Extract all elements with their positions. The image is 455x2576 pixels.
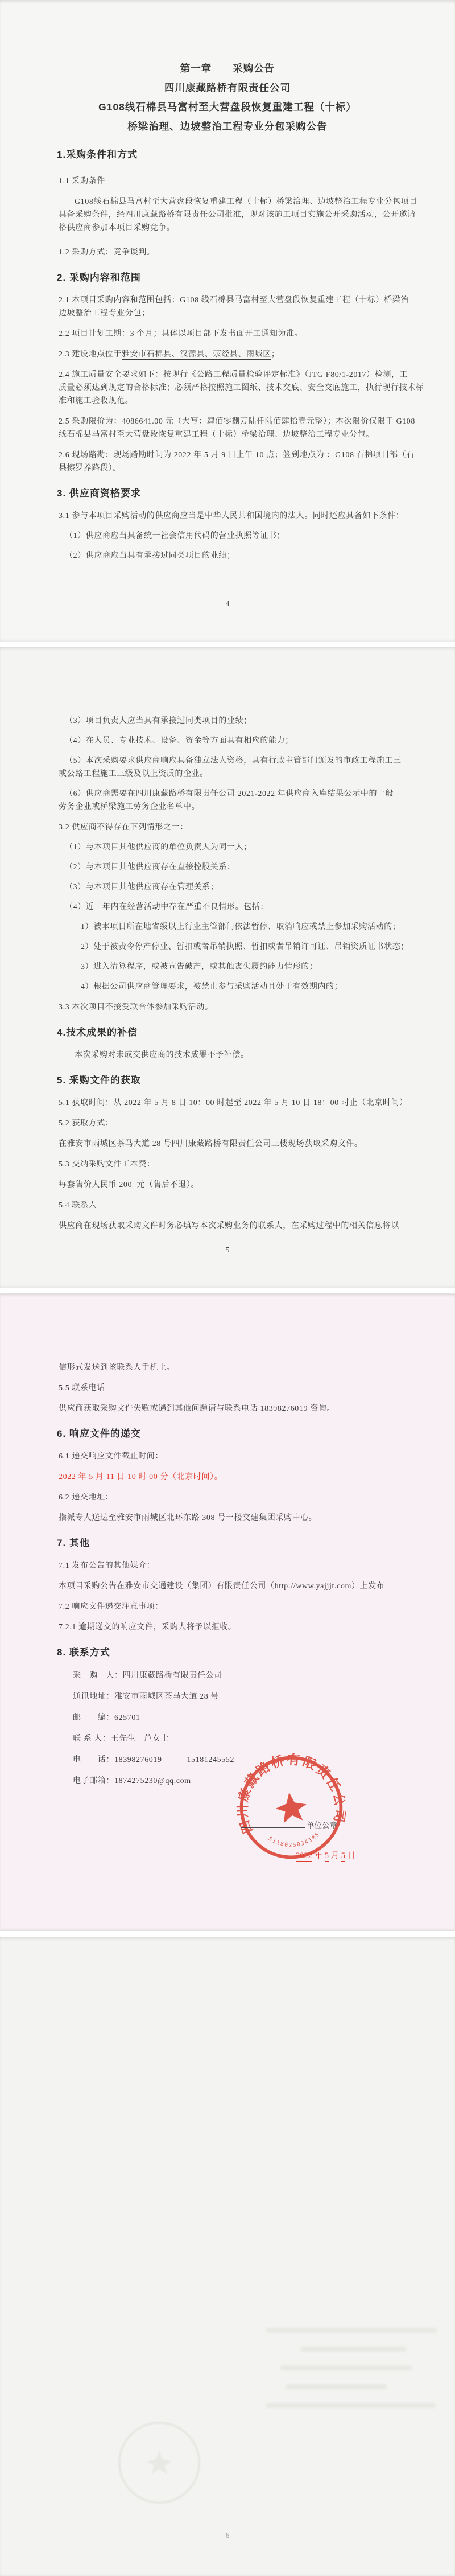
text-line: 每套售价人民币 200 元（售后不退）。	[0, 1178, 455, 1192]
text-line: （4）近三年内在经营活动中存在严重不良情形。包括：	[0, 901, 455, 914]
text-line: 4）根据公司供应商管理要求，被禁止参与采购活动且处于有效期内的；	[0, 980, 455, 993]
text-line: 质量必须达到规定的合格标准；必须严格按照施工图纸、技术交底、安全交底施工，执行现…	[0, 381, 455, 395]
text-line: 1）被本项目所在地省级以上行业主管部门依法暂停、取消响应或禁止参加采购活动的；	[0, 921, 455, 934]
text-line: 县擦罗养路段）。	[0, 462, 455, 475]
text-line: 采 购 人：四川康藏路桥有限责任公司	[0, 1669, 455, 1682]
text-line: 2）处于被责令停产停业、暂扣或者吊销执照、暂扣或者吊销许可证、吊销资质证书状态；	[0, 940, 455, 954]
text-line: 2.5 采购限价为：4086641.00 元（大写：肆佰零捌万陆仟陆佰肆拾壹元整…	[0, 415, 455, 428]
bleed-through-text-artifact	[266, 2328, 449, 2422]
text-line: （3）项目负责人应当具有承接过同类项目的业绩；	[0, 714, 455, 728]
seal-caption: 单位公章	[241, 1819, 337, 1830]
text-line: 供应商获取采购文件失败或遇到其他问题请与联系电话 18398276019 咨询。	[0, 1402, 455, 1415]
announcement-date: 2022 年 5 月 5 日	[296, 1849, 355, 1861]
text-line: G108线石棉县马富村至大营盘段恢复重建工程（十标）桥梁治理、边坡整治工程专业分…	[0, 195, 455, 208]
page-2: （3）项目负责人应当具有承接过同类项目的业绩；（4）在人员、专业技术、设备、资金…	[0, 647, 455, 1288]
text-line: 5.5 联系电话	[0, 1382, 455, 1395]
text-line: 桥梁治理、边坡整治工程专业分包采购公告	[0, 117, 455, 136]
text-line: 劳务企业或桥梁施工劳务企业名单中。	[0, 800, 455, 814]
text-line: 准和施工验收规范。	[0, 395, 455, 408]
text-line: （2）供应商应当具有承接过同类项目的业绩；	[0, 549, 455, 562]
text-line: 1.2 采购方式：竞争谈判。	[0, 246, 455, 259]
text-line: 5.4 联系人	[0, 1199, 455, 1212]
text-line: 信形式发送到该联系人手机上。	[0, 1361, 455, 1374]
page-number: 6	[0, 2531, 455, 2540]
text-line: 四川康藏路桥有限责任公司	[0, 78, 455, 97]
page-3-content: 信形式发送到该联系人手机上。5.5 联系电话供应商获取采购文件失败或遇到其他问题…	[0, 1361, 455, 1788]
text-line: （2）与本项目其他供应商存在直接控股关系；	[0, 861, 455, 874]
text-line: 在雅安市雨城区茶马大道 28 号四川康藏路桥有限责任公司三楼现场获取采购文件。	[0, 1137, 455, 1151]
text-line: 7.2.1 逾期递交的响应文件，采购人将予以拒收。	[0, 1621, 455, 1634]
page-3: 信形式发送到该联系人手机上。5.5 联系电话供应商获取采购文件失败或遇到其他问题…	[0, 1293, 455, 1931]
text-line: 线石棉县马富村至大营盘段恢复重建工程（十标）桥梁治理、边坡整治工程专业分包。	[0, 428, 455, 441]
text-line: 本项目采购公告在雅安市交通建设（集团）有限责任公司（http://www.yaj…	[0, 1580, 455, 1593]
text-line: （5）本次采购要求供应商响应具备独立法人资格，具有行政主管部门颁发的市政工程施工…	[0, 754, 455, 767]
text-line: 5. 采购文件的获取	[0, 1072, 455, 1089]
text-line: 2.2 项目计划工期：3 个月；具体以项目部下发书面开工通知为准。	[0, 327, 455, 340]
bleed-through-seal-artifact	[114, 2418, 205, 2507]
text-line: 具备采购条件，经四川康藏路桥有限责任公司批准，现对该施工项目实施公开采购活动，公…	[0, 208, 455, 221]
text-line: 2.1 本项目采购内容和范围包括：G108 线石棉县马富村至大营盘段恢复重建工程…	[0, 294, 455, 307]
text-line: 边坡整治工程专业分包；	[0, 307, 455, 320]
text-line: （1）供应商应当具备统一社会信用代码的营业执照等证书；	[0, 529, 455, 543]
text-line: 邮 编：625701	[0, 1711, 455, 1724]
text-line: 电 话：18398276019 15181245552	[0, 1753, 455, 1766]
text-line: 联 系 人：王先生 芦女士	[0, 1732, 455, 1745]
page-number: 4	[0, 599, 455, 609]
text-line: 通讯地址：雅安市雨城区茶马大道 28 号	[0, 1690, 455, 1703]
text-line: 或公路工程施工三级及以上资质的企业。	[0, 767, 455, 780]
text-line: 8. 联系方式	[0, 1644, 455, 1661]
text-line: 第一章 采购公告	[0, 59, 455, 78]
text-line: 7.2 响应文件递交注意事项：	[0, 1600, 455, 1613]
text-line: 本次采购对未成交供应商的技术成果不予补偿。	[0, 1049, 455, 1062]
text-line: 2.4 施工质量安全要求如下：按现行《公路工程质量检验评定标准》（JTG F80…	[0, 368, 455, 381]
text-line: 3.1 参与本项目采购活动的供应商应当是中华人民共和国境内的法人。同时还应具备如…	[0, 510, 455, 523]
text-line: 2.6 现场踏勘：现场踏勘时间为 2022 年 5 月 9 日上午 10 点；签…	[0, 449, 455, 462]
text-line: 2.3 建设地点位于雅安市石棉县、汉源县、荥经县、雨城区；	[0, 348, 455, 361]
text-line: 7.1 发布公告的其他媒介：	[0, 1559, 455, 1572]
text-line: 1.1 采购条件	[0, 175, 455, 188]
text-line: 格供应商参加本项目采购竞争。	[0, 221, 455, 235]
text-line: 4.技术成果的补偿	[0, 1024, 455, 1041]
text-line: G108线石棉县马富村至大营盘段恢复重建工程（十标）	[0, 97, 455, 117]
text-line: 2. 采购内容和范围	[0, 269, 455, 286]
signature-line	[241, 1821, 305, 1828]
text-line: 6.1 递交响应文件截止时间：	[0, 1450, 455, 1463]
page-number: 5	[0, 1246, 455, 1255]
text-line: 5.3 交纳采购文件工本费：	[0, 1158, 455, 1171]
text-line: 1.采购条件和方式	[0, 146, 455, 163]
text-line: 3.2 供应商不得存在下列情形之一：	[0, 821, 455, 834]
page-2-content: （3）项目负责人应当具有承接过同类项目的业绩；（4）在人员、专业技术、设备、资金…	[0, 714, 455, 1232]
page-1: 第一章 采购公告四川康藏路桥有限责任公司G108线石棉县马富村至大营盘段恢复重建…	[0, 0, 455, 642]
text-line: （1）与本项目其他供应商的单位负责人为同一人；	[0, 841, 455, 854]
text-line: 3. 供应商资格要求	[0, 485, 455, 502]
text-line: （6）供应商需要在四川康藏路桥有限责任公司 2021-2022 年供应商入库结果…	[0, 787, 455, 800]
text-line: 3.3 本次项目不接受联合体参加采购活动。	[0, 1001, 455, 1014]
page-4: 6	[0, 1937, 455, 2576]
text-line: （4）在人员、专业技术、设备、资金等方面具有相应的能力；	[0, 734, 455, 747]
text-line: 电子邮箱：1874275230@qq.com	[0, 1774, 455, 1788]
document-scan: 第一章 采购公告四川康藏路桥有限责任公司G108线石棉县马富村至大营盘段恢复重建…	[0, 0, 455, 2576]
text-line: 3）进入清算程序，或被宣告破产，或其他丧失履约能力情形的；	[0, 960, 455, 973]
text-line: （3）与本项目其他供应商存在管理关系；	[0, 881, 455, 894]
text-line: 2022 年 5 月 11 日 10 时 00 分（北京时间）。	[0, 1470, 455, 1484]
text-line: 6.2 递交地址：	[0, 1491, 455, 1504]
text-line: 供应商在现场获取采购文件时务必填写本次采购业务的联系人，在采购过程中的相关信息将…	[0, 1219, 455, 1232]
text-line: 7. 其他	[0, 1535, 455, 1552]
text-line: 6. 响应文件的递交	[0, 1425, 455, 1443]
page-1-content: 第一章 采购公告四川康藏路桥有限责任公司G108线石棉县马富村至大营盘段恢复重建…	[0, 59, 455, 562]
text-line: 指派专人送达至雅安市雨城区北环东路 308 号一楼交建集团采购中心。	[0, 1511, 455, 1525]
text-line: 5.1 获取时间：从 2022 年 5 月 8 日 10：00 时起至 2022…	[0, 1096, 455, 1110]
text-line: 5.2 获取方式：	[0, 1117, 455, 1130]
